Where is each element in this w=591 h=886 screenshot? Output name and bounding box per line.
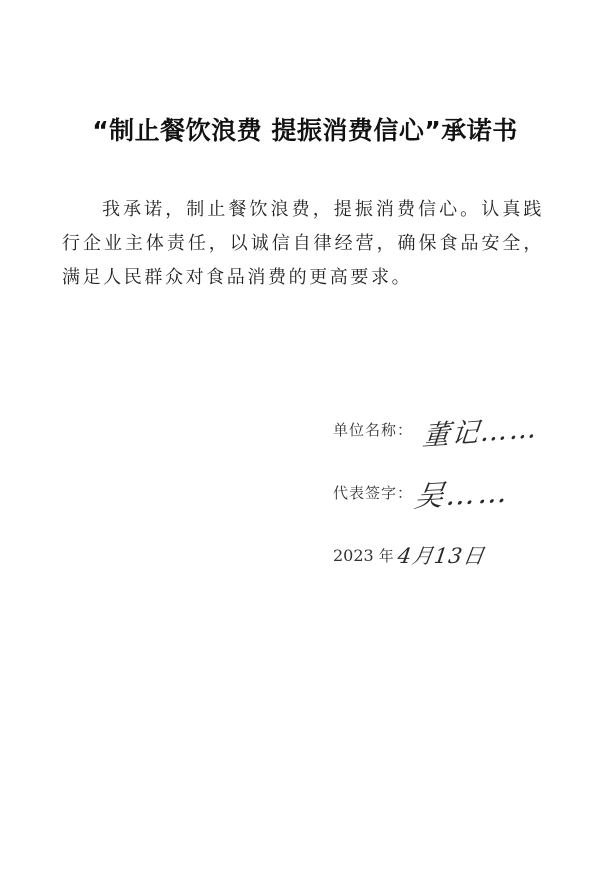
date-year-unit: 年 (379, 545, 394, 566)
representative-label: 代表签字： (333, 482, 413, 503)
unit-name-label: 单位名称： (333, 419, 413, 440)
date-year: 2023 (333, 546, 374, 565)
representative-row: 代表签字： 吴…… (333, 472, 511, 513)
date-row: 2023 年 4月13日 (333, 540, 485, 570)
representative-signature: 吴…… (412, 469, 514, 515)
unit-name-signature: 董记…… (421, 406, 541, 453)
pledge-paragraph: 我承诺，制止餐饮浪费，提振消费信心。认真践行企业主体责任，以诚信自律经营，确保食… (62, 193, 544, 295)
unit-name-row: 单位名称： 董记…… (333, 410, 539, 449)
date-month-day: 4月13日 (396, 540, 487, 570)
document-page: “制止餐饮浪费 提振消费信心”承诺书 我承诺，制止餐饮浪费，提振消费信心。认真践… (0, 0, 591, 886)
document-title: “制止餐饮浪费 提振消费信心”承诺书 (80, 114, 530, 148)
